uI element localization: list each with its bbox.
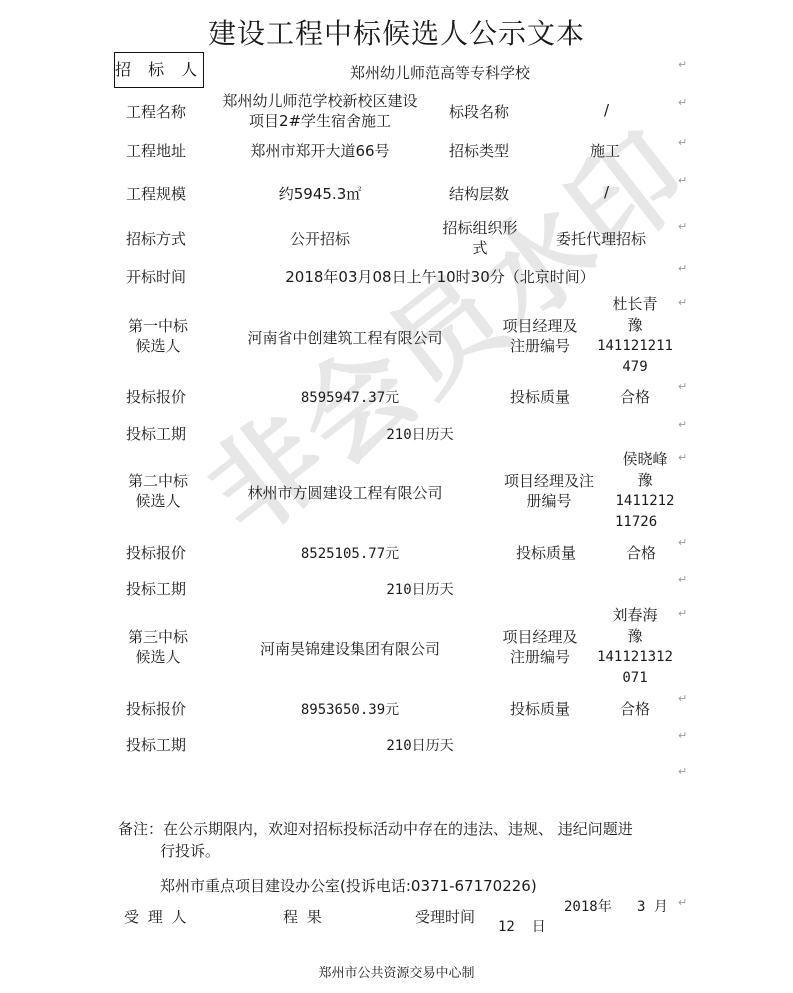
org-form-label-line1: 招标组织形 <box>430 218 530 238</box>
pm-reg-line2: 1411212 <box>605 491 685 512</box>
pm-label-line1: 项目经理及注 <box>493 471 605 491</box>
footer-issuer: 郑州市公共资源交易中心制 <box>0 962 793 981</box>
receiver-label: 受 理 人 <box>124 906 189 927</box>
tenderer-value: 郑州幼儿师范高等专科学校 <box>280 62 600 83</box>
candidate-1-quality-label: 投标质量 <box>510 386 570 407</box>
pm-reg-line2: 141121211 <box>595 336 675 357</box>
candidate-2-rank: 第二中标 候选人 <box>118 471 198 511</box>
candidate-3-duration-value: 210日历天 <box>360 735 480 755</box>
return-mark: ↵ <box>678 96 687 109</box>
tender-type-value: 施工 <box>590 140 620 161</box>
return-mark: ↵ <box>678 296 687 309</box>
project-name-line2: 项目2#学生宿舍施工 <box>205 111 435 131</box>
pm-reg-line1: 豫 <box>595 315 675 336</box>
scale-value: 约5945.3㎡ <box>220 183 420 204</box>
opening-time-value: 2018年03月08日上午10时30分（北京时间） <box>260 266 620 287</box>
return-mark: ↵ <box>678 174 687 187</box>
candidate-1-rank: 第一中标 候选人 <box>118 316 198 356</box>
candidate-2-price-label: 投标报价 <box>126 542 186 563</box>
pm-reg-line3: 479 <box>595 357 675 378</box>
candidate-3-pm-label: 项目经理及 注册编号 <box>490 627 590 667</box>
method-label: 招标方式 <box>126 228 186 249</box>
pm-label-line2: 注册编号 <box>490 647 590 667</box>
remarks-line2: 行投诉。 <box>160 840 220 861</box>
page-title: 建设工程中标候选人公示文本 <box>0 12 793 52</box>
return-mark: ↵ <box>678 136 687 149</box>
candidate-2-duration-value: 210日历天 <box>360 579 480 599</box>
opening-time-label: 开标时间 <box>126 266 186 287</box>
candidate-1-pm-label: 项目经理及 注册编号 <box>490 316 590 356</box>
rank-line1: 第三中标 <box>118 627 198 647</box>
org-form-label: 招标组织形 式 <box>430 218 530 258</box>
candidate-2-quality-value: 合格 <box>626 542 656 563</box>
pm-reg-line1: 豫 <box>605 470 685 491</box>
project-name-value: 郑州幼儿师范学校新校区建设 项目2#学生宿舍施工 <box>205 91 435 131</box>
rank-line2: 候选人 <box>118 491 198 511</box>
project-name-line1: 郑州幼儿师范学校新校区建设 <box>205 91 435 111</box>
section-value: / <box>604 101 609 119</box>
rank-line2: 候选人 <box>118 336 198 356</box>
complaint-office: 郑州市重点项目建设办公室(投诉电话:0371-67170226) <box>160 875 537 896</box>
candidate-1-price-label: 投标报价 <box>126 386 186 407</box>
candidate-2-duration-label: 投标工期 <box>126 578 186 599</box>
method-value: 公开招标 <box>220 228 420 249</box>
candidate-3-pm-info: 刘春海 豫 141121312 071 <box>595 605 675 689</box>
return-mark: ↵ <box>678 692 687 705</box>
candidate-2-pm-info: 侯晓峰 豫 1411212 11726 <box>605 449 685 533</box>
project-name-label: 工程名称 <box>126 101 186 122</box>
receipt-month: 3 月 <box>637 896 668 916</box>
candidate-1-price-value: 8595947.37元 <box>250 387 450 407</box>
pm-name: 侯晓峰 <box>605 449 685 470</box>
receipt-year: 2018年 <box>564 896 612 916</box>
rank-line1: 第一中标 <box>118 316 198 336</box>
rank-line1: 第二中标 <box>118 471 198 491</box>
candidate-3-price-value: 8953650.39元 <box>250 699 450 719</box>
return-mark: ↵ <box>678 58 687 71</box>
candidate-1-quality-value: 合格 <box>620 386 650 407</box>
candidate-1-duration-value: 210日历天 <box>360 424 480 444</box>
return-mark: ↵ <box>678 262 687 275</box>
pm-label-line2: 注册编号 <box>490 336 590 356</box>
pm-name: 刘春海 <box>595 605 675 626</box>
candidate-3-rank: 第三中标 候选人 <box>118 627 198 667</box>
candidate-2-pm-label: 项目经理及注 册编号 <box>493 471 605 511</box>
rank-line2: 候选人 <box>118 647 198 667</box>
address-value: 郑州市郑开大道66号 <box>220 140 420 161</box>
org-form-value: 委托代理招标 <box>556 228 646 249</box>
return-mark: ↵ <box>678 896 687 909</box>
return-mark: ↵ <box>678 451 687 464</box>
org-form-label-line2: 式 <box>430 238 530 258</box>
pm-label-line2: 册编号 <box>493 491 605 511</box>
receipt-time-label: 受理时间 <box>415 906 475 927</box>
candidate-1-duration-label: 投标工期 <box>126 423 186 444</box>
candidate-1-company: 河南省中创建筑工程有限公司 <box>225 327 465 348</box>
tender-type-label: 招标类型 <box>449 140 509 161</box>
floors-value: / <box>604 183 609 201</box>
return-mark: ↵ <box>678 220 687 233</box>
pm-reg-line1: 豫 <box>595 626 675 647</box>
pm-reg-line3: 071 <box>595 668 675 689</box>
return-mark: ↵ <box>678 573 687 586</box>
return-mark: ↵ <box>678 418 687 431</box>
section-label: 标段名称 <box>449 101 509 122</box>
scale-label: 工程规模 <box>126 183 186 204</box>
pm-name: 杜长青 <box>595 294 675 315</box>
receiver-value: 程 果 <box>283 906 324 927</box>
candidate-3-quality-value: 合格 <box>620 698 650 719</box>
candidate-3-company: 河南昊锦建设集团有限公司 <box>230 638 470 659</box>
candidate-3-quality-label: 投标质量 <box>510 698 570 719</box>
return-mark: ↵ <box>678 380 687 393</box>
candidate-3-duration-label: 投标工期 <box>126 734 186 755</box>
tenderer-label: 招 标 人 <box>114 52 204 88</box>
address-label: 工程地址 <box>126 140 186 161</box>
candidate-3-price-label: 投标报价 <box>126 698 186 719</box>
pm-label-line1: 项目经理及 <box>490 627 590 647</box>
pm-reg-line2: 141121312 <box>595 647 675 668</box>
candidate-1-pm-info: 杜长青 豫 141121211 479 <box>595 294 675 378</box>
remarks-line1: 备注：在公示期限内，欢迎对招标投标活动中存在的违法、违规、 违纪问题进 <box>118 818 633 839</box>
floors-label: 结构层数 <box>449 183 509 204</box>
candidate-2-company: 林州市方圆建设工程有限公司 <box>225 482 465 503</box>
return-mark: ↵ <box>678 607 687 620</box>
pm-label-line1: 项目经理及 <box>490 316 590 336</box>
candidate-2-quality-label: 投标质量 <box>516 542 576 563</box>
return-mark: ↵ <box>678 729 687 742</box>
pm-reg-line3: 11726 <box>605 512 685 533</box>
candidate-2-price-value: 8525105.77元 <box>250 543 450 563</box>
return-mark: ↵ <box>678 765 687 778</box>
return-mark: ↵ <box>678 536 687 549</box>
receipt-day: 12 日 <box>498 916 546 936</box>
